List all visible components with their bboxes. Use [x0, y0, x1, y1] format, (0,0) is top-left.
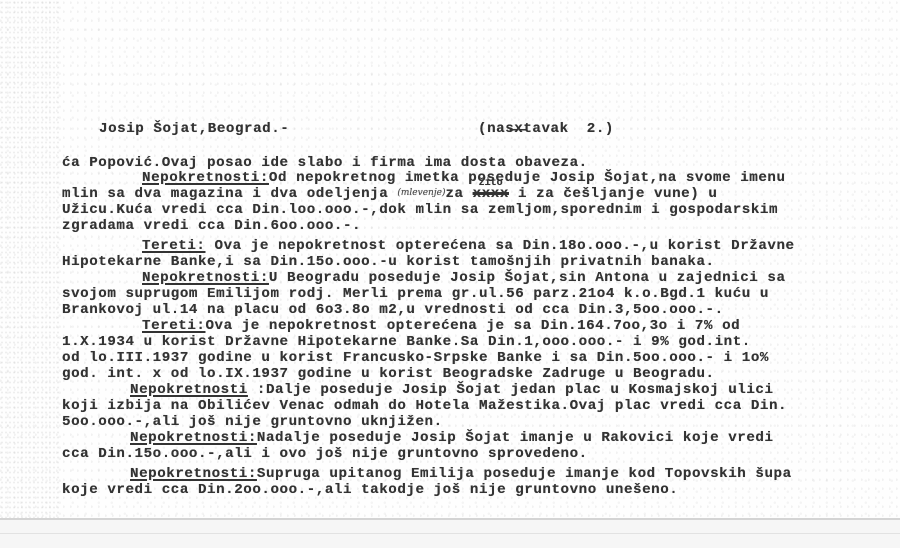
section-label: Nepokretnosti — [130, 382, 248, 398]
section-label: Tereti: — [142, 318, 205, 334]
text-segment: Supruga upitanog Emilija poseduje imanje… — [257, 466, 792, 482]
paragraph-real-estate-1: Nepokretnosti:Od nepokretnog imetka pose… — [62, 170, 786, 186]
text-line: Hipotekarne Banke,i sa Din.15o.ooo.-u ko… — [62, 254, 715, 270]
section-label: Nepokretnosti: — [142, 170, 269, 186]
paragraph-real-estate-4: Nepokretnosti:Nadalje poseduje Josip Šoj… — [62, 430, 774, 446]
text-segment: za — [445, 186, 472, 202]
header-left: Josip Šojat,Beograd.- — [99, 121, 289, 137]
text-segment: i za češljanje vune) u — [509, 186, 717, 202]
text-line: Brankovoj ul.14 na placu od 6o3.8o m2,u … — [62, 302, 724, 318]
text-segment: U Beogradu poseduje Josip Šojat,sin Anto… — [269, 270, 786, 286]
text-segment: : — [248, 382, 266, 398]
text-line: ća Popović.Ovaj posao ide slabo i firma … — [62, 155, 588, 171]
inserted-text: žito — [479, 176, 503, 192]
text-line: Užicu.Kuća vredi cca Din.loo.ooo.-,dok m… — [62, 202, 778, 218]
scan-background — [0, 520, 900, 548]
text-line: mlin sa dva magazina i dva odeljenja (ml… — [62, 186, 717, 203]
text-segment: Ova je nepokretnost opterećena je sa Din… — [205, 318, 740, 334]
text-segment: Ova je nepokretnost opterećena sa Din.18… — [205, 238, 794, 254]
paragraph-encumbrances-2: Tereti:Ova je nepokretnost opterećena je… — [62, 318, 740, 334]
document-page: Josip Šojat,Beograd.- (nas̶x̶tavak 2.) ć… — [0, 0, 900, 518]
text-line: cca Din.15o.ooo.-,ali i ovo još nije gru… — [62, 446, 588, 462]
paragraph-real-estate-3: Nepokretnosti :Dalje poseduje Josip Šoja… — [62, 382, 774, 398]
handwritten-insertion: (mlevenje) — [397, 188, 445, 198]
text-line: 5oo.ooo.-,ali još nije gruntovno uknjiže… — [62, 414, 443, 430]
text-line: svojom suprugom Emilijom rodj. Merli pre… — [62, 286, 769, 302]
paragraph-encumbrances-1: Tereti: Ova je nepokretnost opterećena s… — [62, 238, 795, 254]
paragraph-real-estate-2: Nepokretnosti:U Beogradu poseduje Josip … — [62, 270, 786, 286]
section-label: Tereti: — [142, 238, 205, 254]
section-label: Nepokretnosti: — [130, 430, 257, 446]
section-label: Nepokretnosti: — [130, 466, 257, 482]
text-line: koji izbija na Obilićev Venac odmah do H… — [62, 398, 787, 414]
paragraph-real-estate-5: Nepokretnosti:Supruga upitanog Emilija p… — [62, 466, 792, 482]
text-segment: mlin sa dva magazina i dva odeljenja — [62, 186, 397, 202]
text-line: god. int. x od lo.IX.1937 godine u koris… — [62, 366, 715, 382]
header-continuation: (nas̶x̶tavak 2.) — [478, 121, 614, 137]
section-label: Nepokretnosti: — [142, 270, 269, 286]
text-segment: Od nepokretnog imetka poseduje Josip Šoj… — [269, 170, 786, 186]
text-line: od lo.III.1937 godine u korist Francusko… — [62, 350, 769, 366]
text-line: 1.X.1934 u korist Državne Hipotekarne Ba… — [62, 334, 751, 350]
text-line: koje vredi cca Din.2oo.ooo.-,ali takodje… — [62, 482, 678, 498]
text-segment: Dalje poseduje Josip Šojat jedan plac u … — [266, 382, 774, 398]
text-line: zgradama vredi cca Din.6oo.ooo.-. — [62, 218, 361, 234]
text-segment: Nadalje poseduje Josip Šojat imanje u Ra… — [257, 430, 774, 446]
